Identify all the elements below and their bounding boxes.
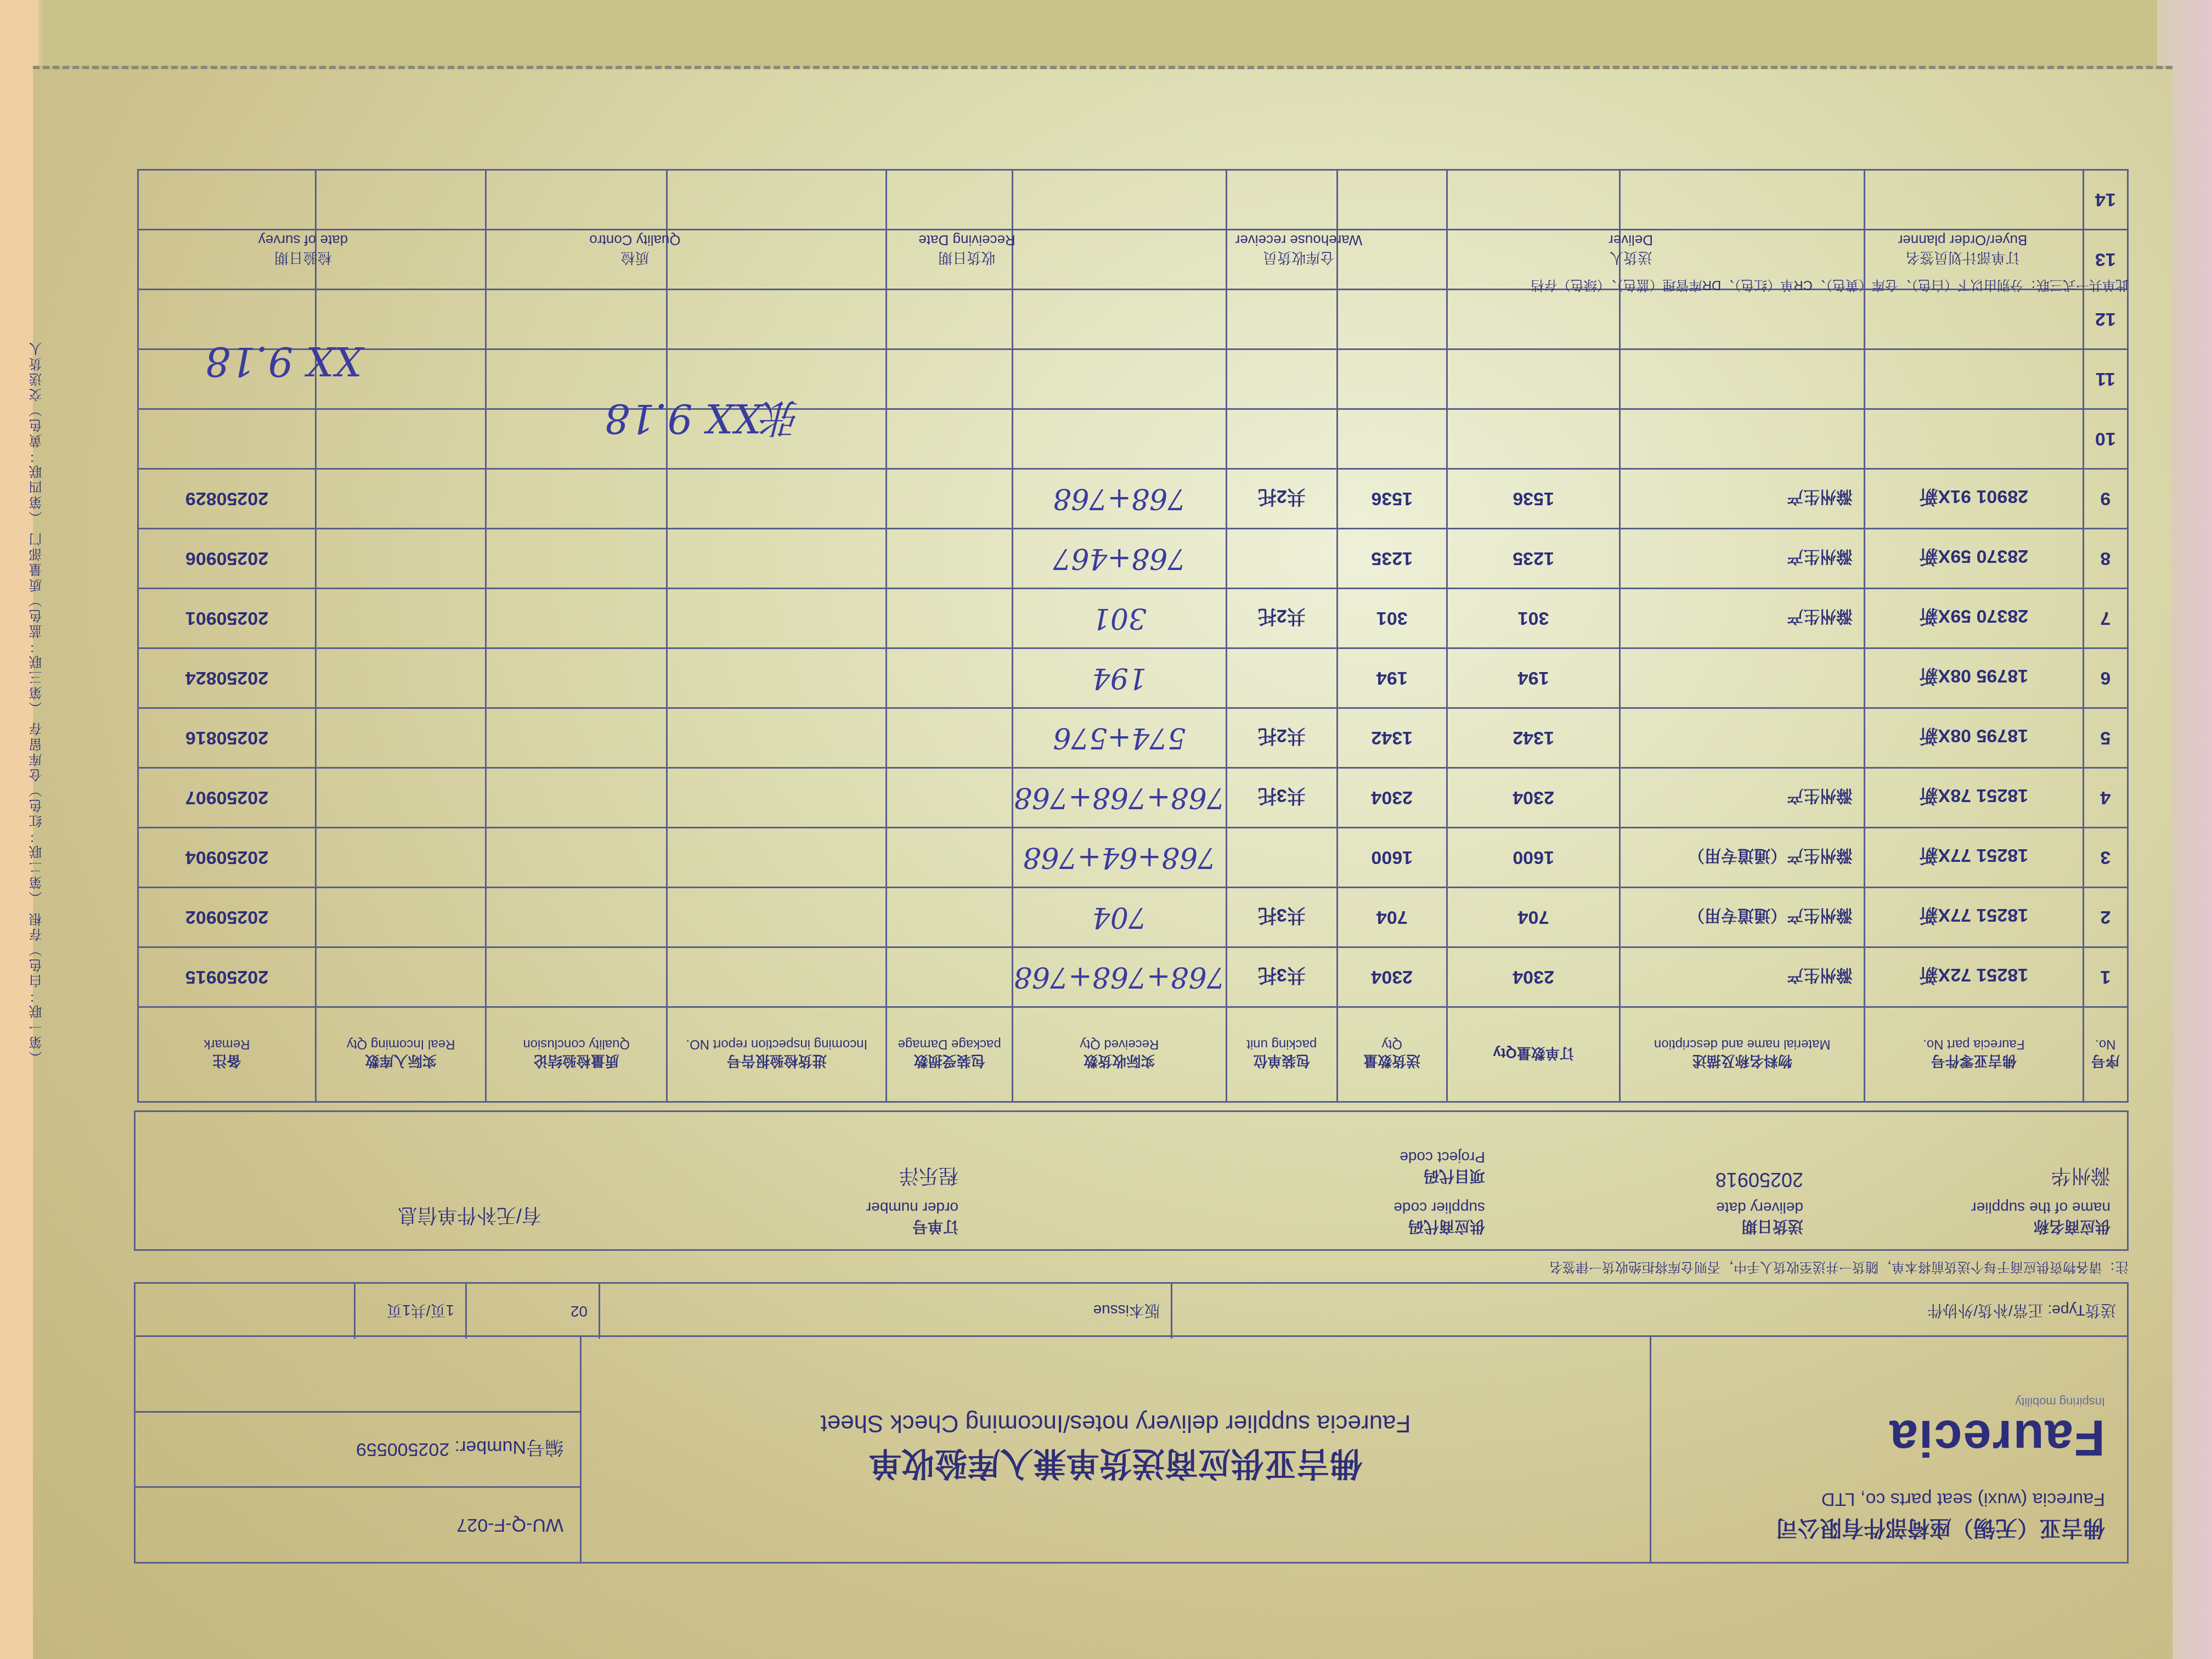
- number-field: 编号Number: 202500559: [136, 1411, 580, 1487]
- order-qty: 194: [1447, 648, 1620, 708]
- material-description: [1620, 170, 1865, 230]
- col-label: 实际入库数: [320, 1052, 482, 1073]
- meta-block: WU-Q-F-027 编号Number: 202500559: [136, 1337, 580, 1562]
- part-number: [1864, 409, 2083, 469]
- remark: 20250915: [138, 947, 316, 1007]
- order-qty: 704: [1447, 888, 1620, 947]
- packing-unit: [1226, 349, 1337, 409]
- row-number: 2: [2083, 888, 2128, 947]
- order-qty: 1536: [1447, 469, 1620, 529]
- remark: 20250902: [138, 888, 316, 947]
- col-label: 订单数量Qty: [1451, 1045, 1616, 1065]
- quality-conclusion: [486, 768, 667, 828]
- col-label-en: Quality conclusion: [490, 1037, 663, 1052]
- signature-label-en: date of survey: [137, 232, 469, 249]
- quality-conclusion: [486, 888, 667, 947]
- packing-unit: 共2托: [1226, 469, 1337, 529]
- delivery-qty: 1536: [1337, 469, 1447, 529]
- received-qty: 301: [1012, 589, 1226, 648]
- table-row: 418251 78X新滁州生产23042304共3托768+768+768202…: [138, 768, 2128, 828]
- material-description: [1620, 708, 1865, 768]
- col-label: 佛吉亚零件号: [1869, 1052, 2079, 1073]
- delivery-qty: [1337, 170, 1447, 230]
- table-row: 10: [138, 409, 2128, 469]
- delivery-qty: 1235: [1337, 529, 1447, 589]
- packing-unit: [1226, 290, 1337, 349]
- received-qty: 768+768+768: [1012, 947, 1226, 1007]
- received-qty: 704: [1012, 888, 1226, 947]
- col-real-incoming-qty: 实际入库数Real Incoming Qty: [316, 1007, 486, 1102]
- extra-info-label: 有/无补件单信息: [157, 1203, 541, 1231]
- delivery-date-label: 送货日期: [1518, 1216, 1803, 1238]
- received-qty: 768+768: [1012, 469, 1226, 529]
- col-label: 质量检验结论: [490, 1052, 663, 1073]
- row-number: 9: [2083, 469, 2128, 529]
- material-description: 滁州生产: [1620, 469, 1865, 529]
- row-number: 14: [2083, 170, 2128, 230]
- quality-conclusion: [486, 529, 667, 589]
- part-number: [1864, 170, 2083, 230]
- real-incoming-qty: [316, 589, 486, 648]
- project-code-label-en: Project code: [991, 1148, 1485, 1166]
- col-label: 实际收货数: [1017, 1052, 1222, 1073]
- inspection-report-no: [667, 947, 887, 1007]
- received-qty: 768+768+768: [1012, 768, 1226, 828]
- signature-label: 订单部计划员签名: [1797, 249, 2129, 269]
- signature-label-en: Warehouse receiver: [1133, 232, 1465, 249]
- material-description: 滁州生产: [1620, 529, 1865, 589]
- col-label: 包装单位: [1231, 1052, 1333, 1073]
- quality-conclusion: [486, 828, 667, 888]
- remark: 20250829: [138, 469, 316, 529]
- part-number: 28901 91X新: [1864, 469, 2083, 529]
- received-qty: 768+64+768: [1012, 828, 1226, 888]
- inspection-report-no: [667, 469, 887, 529]
- table-header-row: 序号No. 佛吉亚零件号Faurecia part No. 物料名称及描述Mat…: [138, 1007, 2128, 1102]
- package-damage: [887, 290, 1013, 349]
- delivery-qty: [1337, 409, 1447, 469]
- title-block: 佛吉亚供应商送货单兼入库验收单 Faurecia supplier delive…: [580, 1337, 1650, 1562]
- col-label-en: Remark: [142, 1037, 312, 1052]
- instruction-note: 注：请各物资供应商于每个送货前将本单，随货一并送至收货人手中，否则仓库将拒绝收货…: [137, 1259, 2129, 1278]
- table-row: 318251 77X新滁州生产（通道专用）16001600768+64+7682…: [138, 828, 2128, 888]
- remark: [138, 409, 316, 469]
- col-inspection-report: 进货检验报告号Incoming inspection report NO.: [667, 1007, 887, 1102]
- issue-value: 02: [465, 1284, 599, 1339]
- remark: 20250816: [138, 708, 316, 768]
- inspection-report-no: [667, 648, 887, 708]
- col-received-qty: 实际收货数Received Qty: [1012, 1007, 1226, 1102]
- delivery-qty: 704: [1337, 888, 1447, 947]
- row-number: 4: [2083, 768, 2128, 828]
- package-damage: [887, 947, 1013, 1007]
- real-incoming-qty: [316, 409, 486, 469]
- supplier-block: 供应商名称 name of the supplier 滁州华 送货日期 deli…: [134, 1110, 2129, 1251]
- col-label: 包装受损数: [890, 1052, 1008, 1073]
- real-incoming-qty: [316, 529, 486, 589]
- quality-conclusion: [486, 170, 667, 230]
- col-label-en: Received Qty: [1017, 1037, 1222, 1052]
- col-label-en: Faurecia part No.: [1869, 1037, 2079, 1052]
- package-damage: [887, 529, 1013, 589]
- footer-note: 此单共一式三联：分别由以下（白色）、仓库（黄色）、CR单（红色）、DR库管理（蓝…: [137, 277, 2129, 296]
- col-label-en: Real Incoming Qty: [320, 1037, 482, 1052]
- row-number: 8: [2083, 529, 2128, 589]
- inspection-report-no: [667, 589, 887, 648]
- quality-conclusion: [486, 589, 667, 648]
- table-row: 828370 59X新滁州生产12351235768+46720250906: [138, 529, 2128, 589]
- table-row: 12: [138, 290, 2128, 349]
- packing-unit: [1226, 648, 1337, 708]
- order-qty: [1447, 349, 1620, 409]
- received-qty: [1012, 409, 1226, 469]
- order-number-label-en: order number: [574, 1199, 958, 1216]
- col-quality-conclusion: 质量检验结论Quality conclusion: [486, 1007, 667, 1102]
- table-row: 728370 59X新滁州生产301301共2托30120250901: [138, 589, 2128, 648]
- company-block: 佛吉亚（无锡）座椅部件有限公司 Faurecia (wuxi) seat par…: [1650, 1337, 2127, 1562]
- supplier-name-label: 供应商名称: [1836, 1216, 2111, 1238]
- row-number: 6: [2083, 648, 2128, 708]
- package-damage: [887, 409, 1013, 469]
- packing-unit: [1226, 828, 1337, 888]
- signature-field: 质检Quality Contro: [469, 232, 801, 269]
- signature-label: 检验日期: [137, 249, 469, 269]
- col-qty: 送货数量Qty: [1337, 1007, 1447, 1102]
- part-number: 28370 59X新: [1864, 589, 2083, 648]
- delivery-qty: 2304: [1337, 947, 1447, 1007]
- quality-conclusion: [486, 947, 667, 1007]
- col-label-en: No.: [2087, 1037, 2124, 1052]
- form-code: WU-Q-F-027: [136, 1486, 580, 1562]
- received-qty: 768+467: [1012, 529, 1226, 589]
- real-incoming-qty: [316, 947, 486, 1007]
- signature-label-en: Quality Contro: [469, 232, 801, 249]
- delivery-qty: 2304: [1337, 768, 1447, 828]
- col-no: 序号No.: [2083, 1007, 2128, 1102]
- handwritten-signature-2: XX 9.18: [205, 338, 362, 384]
- packing-unit: [1226, 529, 1337, 589]
- part-number: 18795 08X新: [1864, 708, 2083, 768]
- signature-label-en: Deliver: [1465, 232, 1797, 249]
- col-order-qty: 订单数量Qty: [1447, 1007, 1620, 1102]
- col-label-en: package Damage: [890, 1037, 1008, 1052]
- issue-row: 送货Type: 正常/补货/外协件 版本issue 02 1页/共1页: [134, 1282, 2129, 1339]
- real-incoming-qty: [316, 648, 486, 708]
- form-code-value: WU-Q-F-027: [456, 1514, 563, 1536]
- order-qty: 1342: [1447, 708, 1620, 768]
- real-incoming-qty: [316, 170, 486, 230]
- table-row: 11: [138, 349, 2128, 409]
- inspection-report-no: [667, 888, 887, 947]
- packing-unit: [1226, 409, 1337, 469]
- received-qty: [1012, 170, 1226, 230]
- signature-row: 订单部计划员签名Buyer/Order planner送货人Deliver仓库收…: [137, 232, 2129, 269]
- received-qty: [1012, 290, 1226, 349]
- col-label: 物料名称及描述: [1624, 1052, 1860, 1073]
- signature-field: 收货日期Receiving Date: [801, 232, 1133, 269]
- col-part-no: 佛吉亚零件号Faurecia part No.: [1864, 1007, 2083, 1102]
- part-number: 18251 78X新: [1864, 768, 2083, 828]
- received-qty: 574+576: [1012, 708, 1226, 768]
- inspection-report-no: [667, 290, 887, 349]
- inspection-report-no: [667, 828, 887, 888]
- logo-tagline: Inspiring mobility: [1673, 1395, 2105, 1409]
- remark: 20250904: [138, 828, 316, 888]
- real-incoming-qty: [316, 888, 486, 947]
- signature-field: 订单部计划员签名Buyer/Order planner: [1797, 232, 2129, 269]
- material-description: 滁州生产: [1620, 947, 1865, 1007]
- order-qty: [1447, 290, 1620, 349]
- project-code-label: 项目代码: [991, 1166, 1485, 1188]
- delivery-qty: [1337, 349, 1447, 409]
- number-label: 编号Number:: [455, 1436, 563, 1463]
- table-row: 518795 08X新13421342共2托574+57620250816: [138, 708, 2128, 768]
- order-qty: [1447, 170, 1620, 230]
- signature-label-en: Buyer/Order planner: [1797, 232, 2129, 249]
- inspection-report-no: [667, 529, 887, 589]
- packing-unit: 共2托: [1226, 589, 1337, 648]
- order-number: 订单号 order number 程乐洋: [558, 1112, 975, 1249]
- row-number: 5: [2083, 708, 2128, 768]
- table-row: 14: [138, 170, 2128, 230]
- row-number: 10: [2083, 409, 2128, 469]
- col-label-en: Qty: [1341, 1037, 1443, 1052]
- col-label: 送货数量: [1341, 1052, 1443, 1073]
- delivery-date: 送货日期 delivery date 20250918: [1502, 1112, 1820, 1249]
- col-label-en: Material name and description: [1624, 1037, 1860, 1052]
- col-package-damage: 包装受损数package Damage: [887, 1007, 1013, 1102]
- delivery-check-sheet: 佛吉亚（无锡）座椅部件有限公司 Faurecia (wuxi) seat par…: [33, 66, 2172, 1657]
- table-row: 118251 72X新滁州生产23042304共3托768+768+768202…: [138, 947, 2128, 1007]
- material-description: [1620, 290, 1865, 349]
- row-number: 1: [2083, 947, 2128, 1007]
- delivery-qty: 301: [1337, 589, 1447, 648]
- material-description: [1620, 349, 1865, 409]
- order-qty: 2304: [1447, 768, 1620, 828]
- part-number: 18251 72X新: [1864, 947, 2083, 1007]
- delivery-qty: [1337, 290, 1447, 349]
- supplier-code: 供应商代码 supplier code 项目代码 Project code: [975, 1112, 1502, 1249]
- inspection-report-no: [667, 708, 887, 768]
- signature-label: 仓库收货员: [1133, 249, 1465, 269]
- delivery-date-value: 20250918: [1518, 1168, 1803, 1191]
- material-description: 滁州生产: [1620, 589, 1865, 648]
- col-label: 进货检验报告号: [671, 1052, 882, 1073]
- order-qty: 1600: [1447, 828, 1620, 888]
- material-description: 滁州生产（通道专用）: [1620, 828, 1865, 888]
- parts-table: 序号No. 佛吉亚零件号Faurecia part No. 物料名称及描述Mat…: [137, 169, 2129, 1103]
- company-name-en: Faurecia (wuxi) seat parts co, LTD: [1673, 1488, 2105, 1510]
- page-title-en: Faurecia supplier delivery notes/Incomin…: [820, 1409, 1410, 1437]
- order-qty: [1447, 409, 1620, 469]
- copy-distribution-note: （第一联：白色）存根 （第二联：红色）仓库留存 （第三联：蓝色）质量部门 （第四…: [27, 340, 47, 1064]
- delivery-qty: 1600: [1337, 828, 1447, 888]
- order-qty: 301: [1447, 589, 1620, 648]
- package-damage: [887, 648, 1013, 708]
- inspection-report-no: [667, 768, 887, 828]
- packing-unit: [1226, 170, 1337, 230]
- received-qty: 194: [1012, 648, 1226, 708]
- real-incoming-qty: [316, 708, 486, 768]
- header-block: 佛吉亚（无锡）座椅部件有限公司 Faurecia (wuxi) seat par…: [134, 1335, 2129, 1564]
- packing-unit: 共3托: [1226, 768, 1337, 828]
- real-incoming-qty: [316, 768, 486, 828]
- material-description: [1620, 648, 1865, 708]
- page-count: 1页/共1页: [354, 1284, 465, 1339]
- package-damage: [887, 469, 1013, 529]
- packing-unit: 共2托: [1226, 708, 1337, 768]
- issue-label: 版本issue: [599, 1284, 1171, 1339]
- delivery-type: 送货Type: 正常/补货/外协件: [1171, 1284, 2127, 1339]
- package-damage: [887, 349, 1013, 409]
- delivery-date-label-en: delivery date: [1518, 1199, 1803, 1216]
- material-description: 滁州生产（通道专用）: [1620, 888, 1865, 947]
- remark: 20250906: [138, 529, 316, 589]
- received-qty: [1012, 349, 1226, 409]
- col-description: 物料名称及描述Material name and description: [1620, 1007, 1865, 1102]
- real-incoming-qty: [316, 469, 486, 529]
- signature-label: 收货日期: [801, 249, 1133, 269]
- remark: 20250824: [138, 648, 316, 708]
- faurecia-logo: Faurecia: [1673, 1409, 2105, 1466]
- signature-label: 质检: [469, 249, 801, 269]
- material-description: [1620, 409, 1865, 469]
- supplier-code-label-en: supplier code: [991, 1199, 1485, 1216]
- remark: 20250907: [138, 768, 316, 828]
- remark: [138, 170, 316, 230]
- signature-label-en: Receiving Date: [801, 232, 1133, 249]
- order-qty: 1235: [1447, 529, 1620, 589]
- row-number: 11: [2083, 349, 2128, 409]
- quality-conclusion: [486, 469, 667, 529]
- supplier-name-value: 滁州华: [1836, 1163, 2111, 1191]
- row-number: 12: [2083, 290, 2128, 349]
- meta-blank: [136, 1337, 580, 1411]
- part-number: 18251 77X新: [1864, 888, 2083, 947]
- row-number: 3: [2083, 828, 2128, 888]
- supplier-code-label: 供应商代码: [991, 1216, 1485, 1238]
- delivery-qty: 1342: [1337, 708, 1447, 768]
- table-row: 618795 08X新19419419420250824: [138, 648, 2128, 708]
- order-number-label: 订单号: [574, 1216, 958, 1238]
- supplier-name-label-en: name of the supplier: [1836, 1199, 2111, 1216]
- packing-unit: 共3托: [1226, 947, 1337, 1007]
- table-row: 218251 77X新滁州生产（通道专用）704704共3托7042025090…: [138, 888, 2128, 947]
- col-packing-unit: 包装单位packing unit: [1226, 1007, 1337, 1102]
- page-title-cn: 佛吉亚供应商送货单兼入库验收单: [869, 1442, 1363, 1489]
- row-number: 7: [2083, 589, 2128, 648]
- packing-unit: 共3托: [1226, 888, 1337, 947]
- quality-conclusion: [486, 290, 667, 349]
- part-number: 18251 77X新: [1864, 828, 2083, 888]
- supplier-contact-value: 程乐洋: [574, 1163, 958, 1191]
- remark: 20250901: [138, 589, 316, 648]
- real-incoming-qty: [316, 828, 486, 888]
- table-row: 928901 91X新滁州生产15361536共2托768+7682025082…: [138, 469, 2128, 529]
- package-damage: [887, 888, 1013, 947]
- package-damage: [887, 589, 1013, 648]
- extra-info: 有/无补件单信息: [141, 1112, 558, 1249]
- company-name-cn: 佛吉亚（无锡）座椅部件有限公司: [1673, 1514, 2105, 1545]
- inspection-report-no: [667, 170, 887, 230]
- signature-field: 检验日期date of survey: [137, 232, 469, 269]
- col-label-en: packing unit: [1231, 1037, 1333, 1052]
- supplier-name: 供应商名称 name of the supplier 滁州华: [1820, 1112, 2127, 1249]
- material-description: 滁州生产: [1620, 768, 1865, 828]
- signature-field: 送货人Deliver: [1465, 232, 1797, 269]
- signature-label: 送货人: [1465, 249, 1797, 269]
- order-qty: 2304: [1447, 947, 1620, 1007]
- part-number: [1864, 349, 2083, 409]
- col-label-en: Incoming inspection report NO.: [671, 1037, 882, 1052]
- part-number: [1864, 290, 2083, 349]
- quality-conclusion: [486, 708, 667, 768]
- part-number: 18795 08X新: [1864, 648, 2083, 708]
- col-label: 序号: [2087, 1052, 2124, 1073]
- note-text: 注：请各物资供应商于每个送货前将本单，随货一并送至收货人手中，否则仓库将拒绝收货…: [1549, 1260, 2129, 1274]
- package-damage: [887, 768, 1013, 828]
- handwritten-signature-1: 张XX 9.18: [605, 393, 801, 450]
- part-number: 28370 59X新: [1864, 529, 2083, 589]
- col-label: 备注: [142, 1052, 312, 1073]
- quality-conclusion: [486, 648, 667, 708]
- package-damage: [887, 828, 1013, 888]
- signature-field: 仓库收货员Warehouse receiver: [1133, 232, 1465, 269]
- col-remark: 备注Remark: [138, 1007, 316, 1102]
- delivery-qty: 194: [1337, 648, 1447, 708]
- package-damage: [887, 708, 1013, 768]
- package-damage: [887, 170, 1013, 230]
- number-value: 202500559: [356, 1439, 449, 1460]
